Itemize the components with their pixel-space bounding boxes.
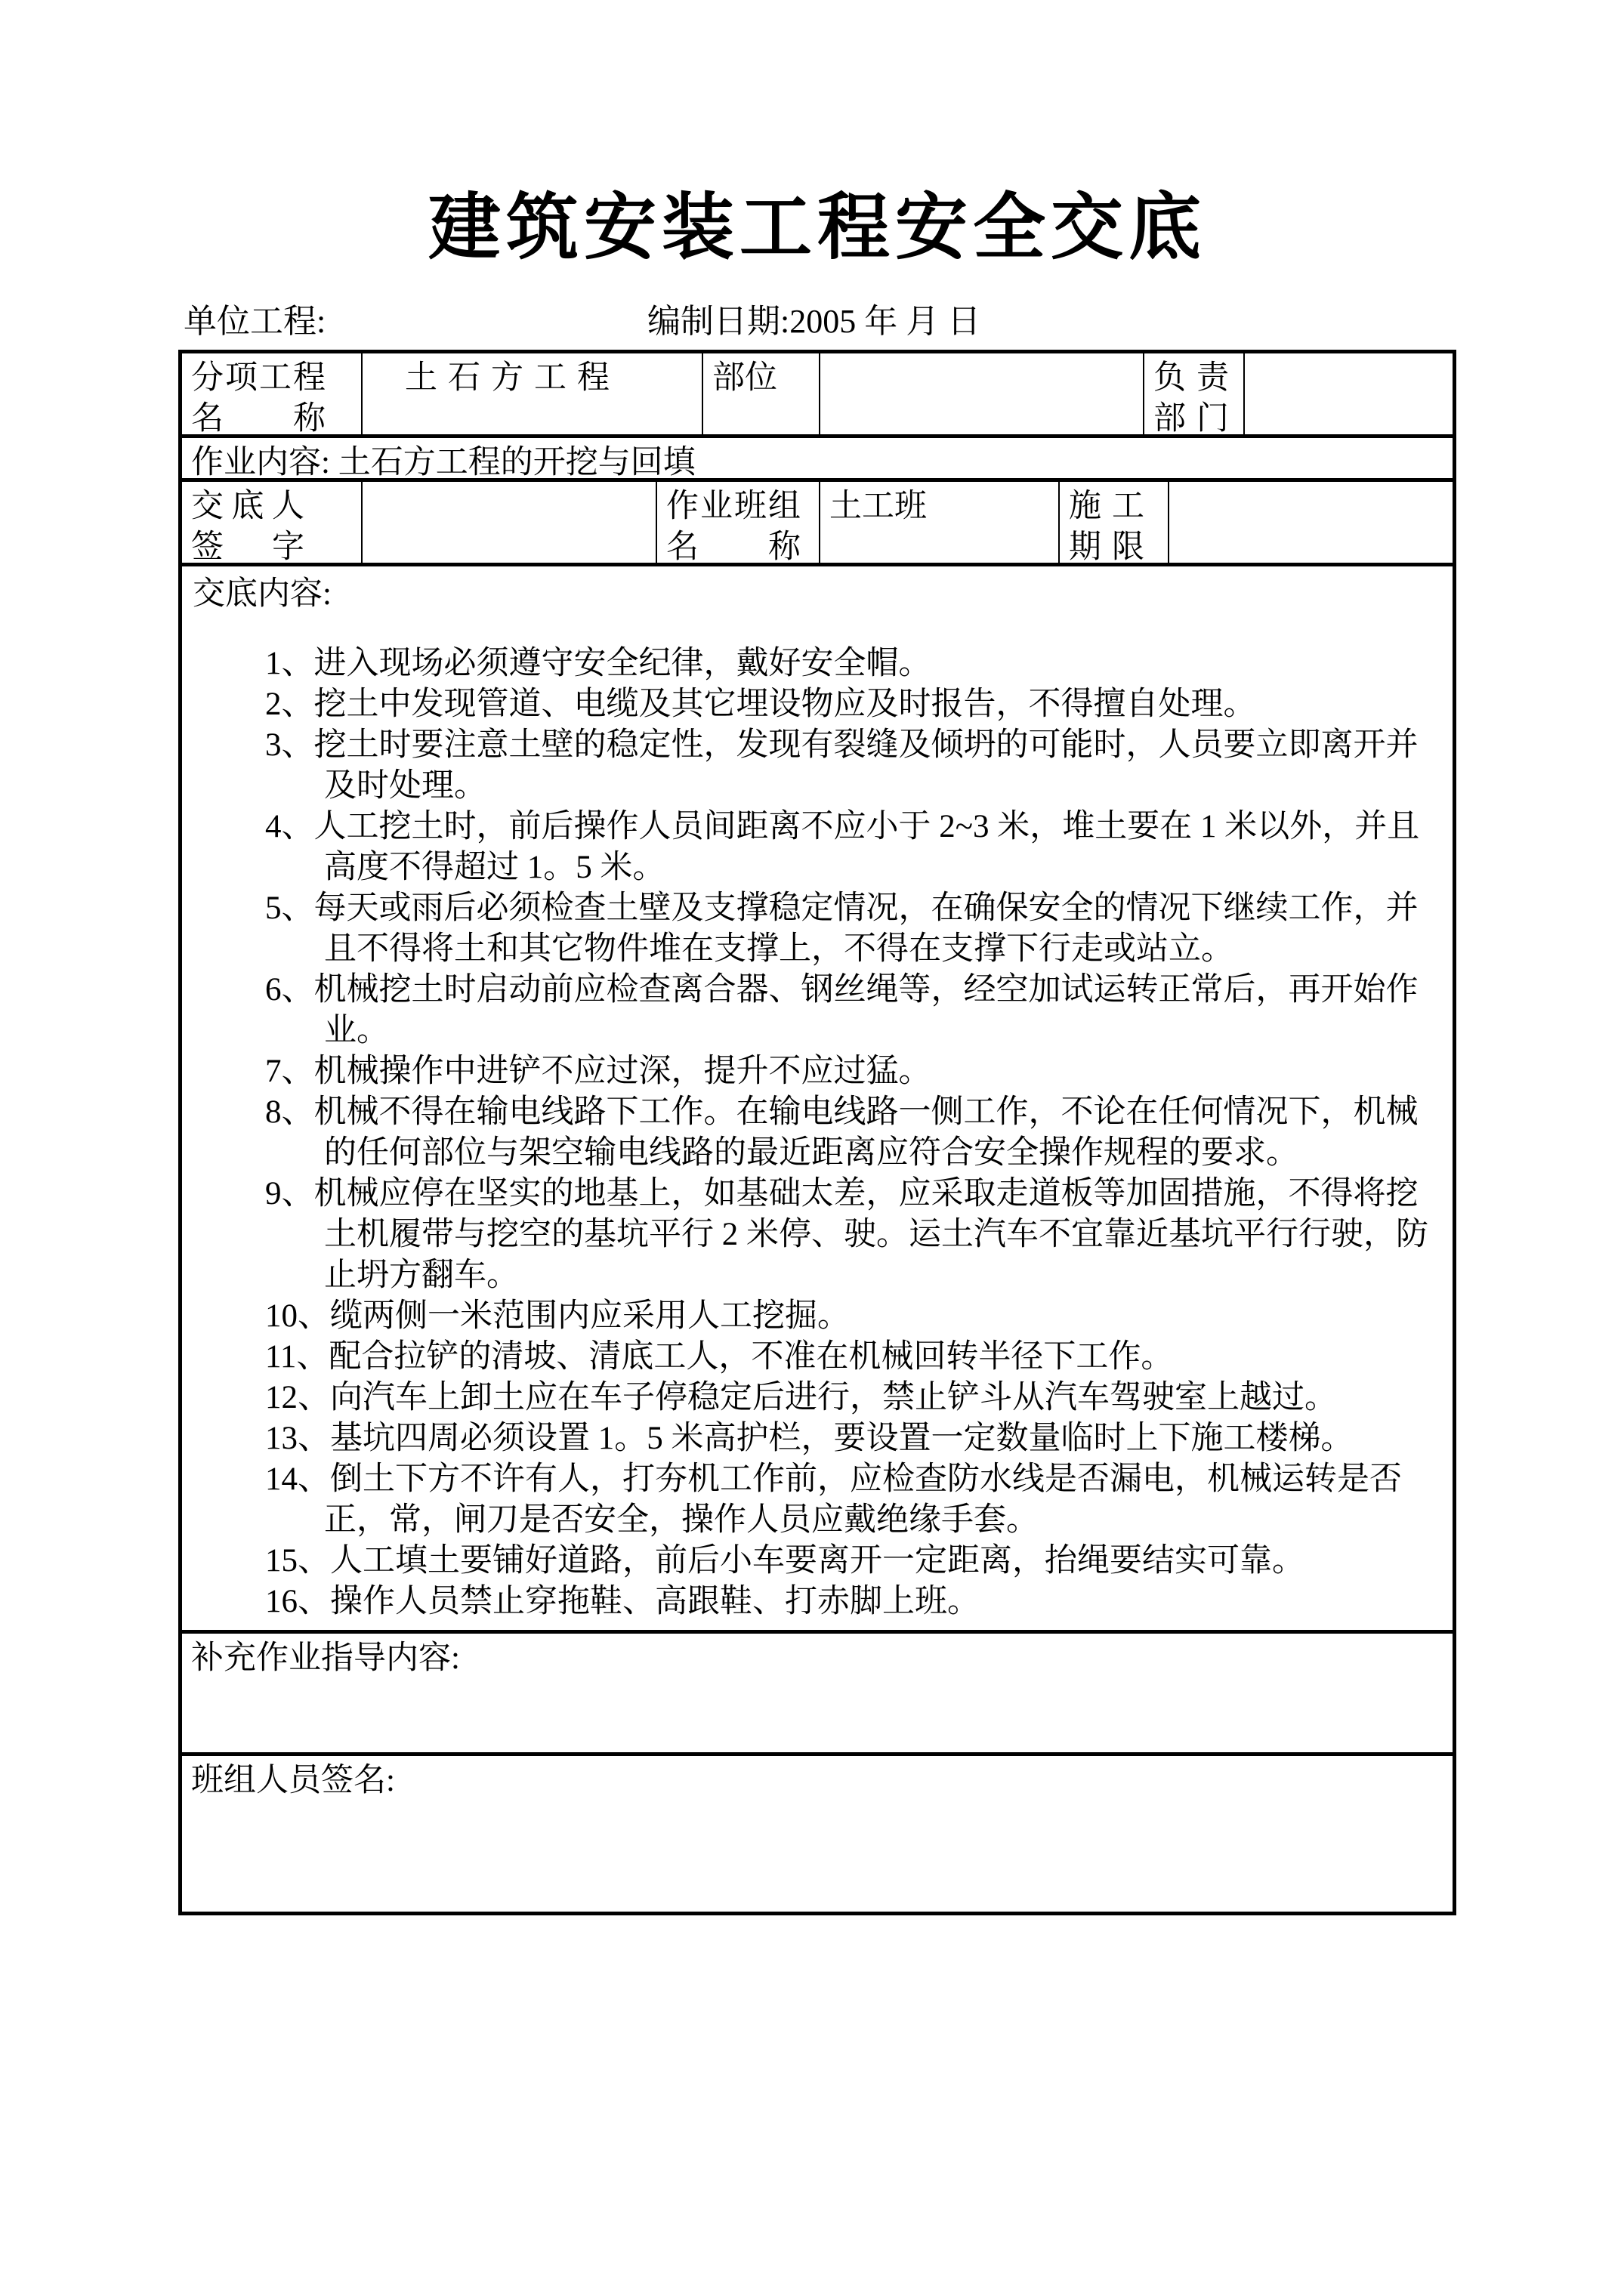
label-line: 分项工程 <box>191 358 326 399</box>
item-text: 机械操作中进铲不应过深，提升不应过猛。 <box>314 1054 931 1089</box>
disclosure-item: 15、人工填土要铺好道路，前后小车要离开一定距离，抬绳要结实可靠。 <box>193 1541 1440 1582</box>
item-number: 4、 <box>265 809 314 844</box>
item-number: 12、 <box>265 1380 330 1415</box>
item-text: 挖土时要注意土壁的稳定性，发现有裂缝及倾坍的可能时，人员要立即离开并及时处理。 <box>314 727 1419 804</box>
label-line: 部门 <box>1153 399 1229 434</box>
item-number: 7、 <box>265 1054 314 1089</box>
location-label: 部位 <box>703 353 820 434</box>
work-content-row: 作业内容: 土石方工程的开挖与回填 <box>182 438 1453 482</box>
disclosure-content-row: 交底内容: 1、进入现场必须遵守安全纪律，戴好安全帽。2、挖土中发现管道、电缆及… <box>182 566 1453 1634</box>
item-text: 机械应停在坚实的地基上，如基础太差，应采取走道板等加固措施，不得将挖土机履带与挖… <box>314 1176 1429 1293</box>
discloser-sign-value-cell <box>363 482 657 563</box>
form-table: 分项工程 名称 土石方工程 部位 负责 部门 作业内容: 土石方工程的开挖与回填… <box>178 350 1456 1915</box>
item-text: 倒土下方不许有人，打夯机工作前，应检查防水线是否漏电，机械运转是否正，常，闸刀是… <box>324 1461 1402 1538</box>
subproject-name-label: 分项工程 名称 <box>182 353 363 434</box>
disclosure-content-cell: 交底内容: 1、进入现场必须遵守安全纪律，戴好安全帽。2、挖土中发现管道、电缆及… <box>182 566 1453 1630</box>
item-number: 15、 <box>265 1543 330 1579</box>
disclosure-item: 4、人工挖土时，前后操作人员间距离不应小于 2~3 米，堆土要在 1 米以外，并… <box>193 807 1440 888</box>
disclosure-item: 12、向汽车上卸土应在车子停稳定后进行，禁止铲斗从汽车驾驶室上越过。 <box>193 1378 1440 1418</box>
signatures-label: 班组人员签名: <box>191 1763 395 1798</box>
disclosure-item: 2、挖土中发现管道、电缆及其它埋设物应及时报告，不得擅自处理。 <box>193 684 1440 725</box>
work-content-label: 作业内容: <box>191 445 330 478</box>
supplement-label: 补充作业指导内容: <box>191 1640 460 1676</box>
item-number: 10、 <box>265 1298 330 1334</box>
item-number: 2、 <box>265 687 314 722</box>
discloser-row: 交底人 签字 作业班组 名称 土工班 施工 期限 <box>182 482 1453 566</box>
document-page: 建筑安装工程安全交底 单位工程: 编制日期:2005 年 月 日 分项工程 名称… <box>0 0 1624 2293</box>
discloser-sign-label: 交底人 签字 <box>182 482 363 563</box>
item-text: 每天或雨后必须检查土壁及支撑稳定情况，在确保安全的情况下继续工作，并且不得将土和… <box>314 890 1419 967</box>
compile-date-value: 2005 年 月 日 <box>789 303 980 340</box>
disclosure-item: 7、机械操作中进铲不应过深，提升不应过猛。 <box>193 1051 1440 1092</box>
disclosure-item: 13、基坑四周必须设置 1。5 米高护栏，要设置一定数量临时上下施工楼梯。 <box>193 1418 1440 1459</box>
label-line: 交底人 <box>191 486 304 527</box>
item-text: 配合拉铲的清坡、清底工人，不准在机械回转半径下工作。 <box>329 1339 1173 1375</box>
compile-date: 编制日期:2005 年 月 日 <box>647 302 980 341</box>
item-number: 14、 <box>265 1461 330 1497</box>
construction-period-label: 施工 期限 <box>1060 482 1169 563</box>
item-text: 人工填土要铺好道路，前后小车要离开一定距离，抬绳要结实可靠。 <box>330 1543 1304 1579</box>
item-text: 向汽车上卸土应在车子停稳定后进行，禁止铲斗从汽车驾驶室上越过。 <box>330 1380 1337 1415</box>
item-text: 机械挖土时启动前应检查离合器、钢丝绳等，经空加试运转正常后，再开始作业。 <box>314 972 1419 1048</box>
subproject-name-value: 土石方工程 <box>363 353 703 434</box>
label-line: 期限 <box>1069 527 1144 563</box>
item-text: 进入现场必须遵守安全纪律，戴好安全帽。 <box>314 646 931 681</box>
label-line: 名称 <box>191 399 326 434</box>
item-text: 缆两侧一米范围内应采用人工挖掘。 <box>330 1298 850 1334</box>
label-line: 名称 <box>666 527 801 563</box>
disclosure-item: 5、每天或雨后必须检查土壁及支撑稳定情况，在确保安全的情况下继续工作，并且不得将… <box>193 888 1440 970</box>
item-number: 16、 <box>265 1584 330 1619</box>
work-content-cell: 作业内容: 土石方工程的开挖与回填 <box>182 438 1453 478</box>
team-name-value: 土工班 <box>820 482 1060 563</box>
disclosure-item: 1、进入现场必须遵守安全纪律，戴好安全帽。 <box>193 643 1440 684</box>
item-number: 5、 <box>265 890 314 926</box>
disclosure-item: 16、操作人员禁止穿拖鞋、高跟鞋、打赤脚上班。 <box>193 1582 1440 1622</box>
signatures-row: 班组人员签名: <box>182 1756 1453 1912</box>
item-number: 3、 <box>265 727 314 763</box>
label-line: 负责 <box>1153 358 1229 399</box>
item-text: 基坑四周必须设置 1。5 米高护栏，要设置一定数量临时上下施工楼梯。 <box>330 1421 1354 1456</box>
supplement-row: 补充作业指导内容: <box>182 1634 1453 1756</box>
item-number: 9、 <box>265 1176 314 1211</box>
responsible-dept-value-cell <box>1245 353 1453 434</box>
compile-date-label: 编制日期: <box>647 303 789 340</box>
item-text: 人工挖土时，前后操作人员间距离不应小于 2~3 米，堆土要在 1 米以外，并且高… <box>314 809 1420 885</box>
item-number: 8、 <box>265 1094 314 1130</box>
disclosure-item: 6、机械挖土时启动前应检查离合器、钢丝绳等，经空加试运转正常后，再开始作业。 <box>193 970 1440 1051</box>
item-text: 挖土中发现管道、电缆及其它埋设物应及时报告，不得擅自处理。 <box>314 687 1256 722</box>
disclosure-item-list: 1、进入现场必须遵守安全纪律，戴好安全帽。2、挖土中发现管道、电缆及其它埋设物应… <box>193 643 1440 1622</box>
work-content-value: 土石方工程的开挖与回填 <box>338 445 696 478</box>
disclosure-item: 11、配合拉铲的清坡、清底工人，不准在机械回转半径下工作。 <box>193 1337 1440 1378</box>
subproject-row: 分项工程 名称 土石方工程 部位 负责 部门 <box>182 353 1453 438</box>
item-number: 11、 <box>265 1339 329 1375</box>
item-text: 机械不得在输电线路下工作。在输电线路一侧工作，不论在任何情况下，机械的任何部位与… <box>314 1094 1419 1171</box>
label-line: 作业班组 <box>666 486 801 527</box>
item-number: 1、 <box>265 646 314 681</box>
supplement-cell: 补充作业指导内容: <box>182 1634 1453 1752</box>
disclosure-item: 8、机械不得在输电线路下工作。在输电线路一侧工作，不论在任何情况下，机械的任何部… <box>193 1092 1440 1174</box>
item-number: 13、 <box>265 1421 330 1456</box>
label-line: 签字 <box>191 527 304 563</box>
item-text: 操作人员禁止穿拖鞋、高跟鞋、打赤脚上班。 <box>330 1584 980 1619</box>
disclosure-item: 14、倒土下方不许有人，打夯机工作前，应检查防水线是否漏电，机械运转是否正，常，… <box>193 1459 1440 1541</box>
construction-period-value-cell <box>1169 482 1453 563</box>
responsible-dept-label: 负责 部门 <box>1144 353 1245 434</box>
location-value-cell <box>820 353 1144 434</box>
info-line: 单位工程: 编制日期:2005 年 月 日 <box>179 302 1457 346</box>
label-line: 施工 <box>1069 486 1144 527</box>
unit-project-label: 单位工程: <box>184 302 326 341</box>
disclosure-item: 10、缆两侧一米范围内应采用人工挖掘。 <box>193 1296 1440 1337</box>
disclosure-item: 9、机械应停在坚实的地基上，如基础太差，应采取走道板等加固措施，不得将挖土机履带… <box>193 1174 1440 1296</box>
page-title: 建筑安装工程安全交底 <box>178 170 1456 273</box>
team-name-label: 作业班组 名称 <box>657 482 820 563</box>
disclosure-item: 3、挖土时要注意土壁的稳定性，发现有裂缝及倾坍的可能时，人员要立即离开并及时处理… <box>193 725 1440 807</box>
signatures-cell: 班组人员签名: <box>182 1756 1453 1912</box>
disclosure-heading: 交底内容: <box>193 574 1440 615</box>
item-number: 6、 <box>265 972 314 1008</box>
